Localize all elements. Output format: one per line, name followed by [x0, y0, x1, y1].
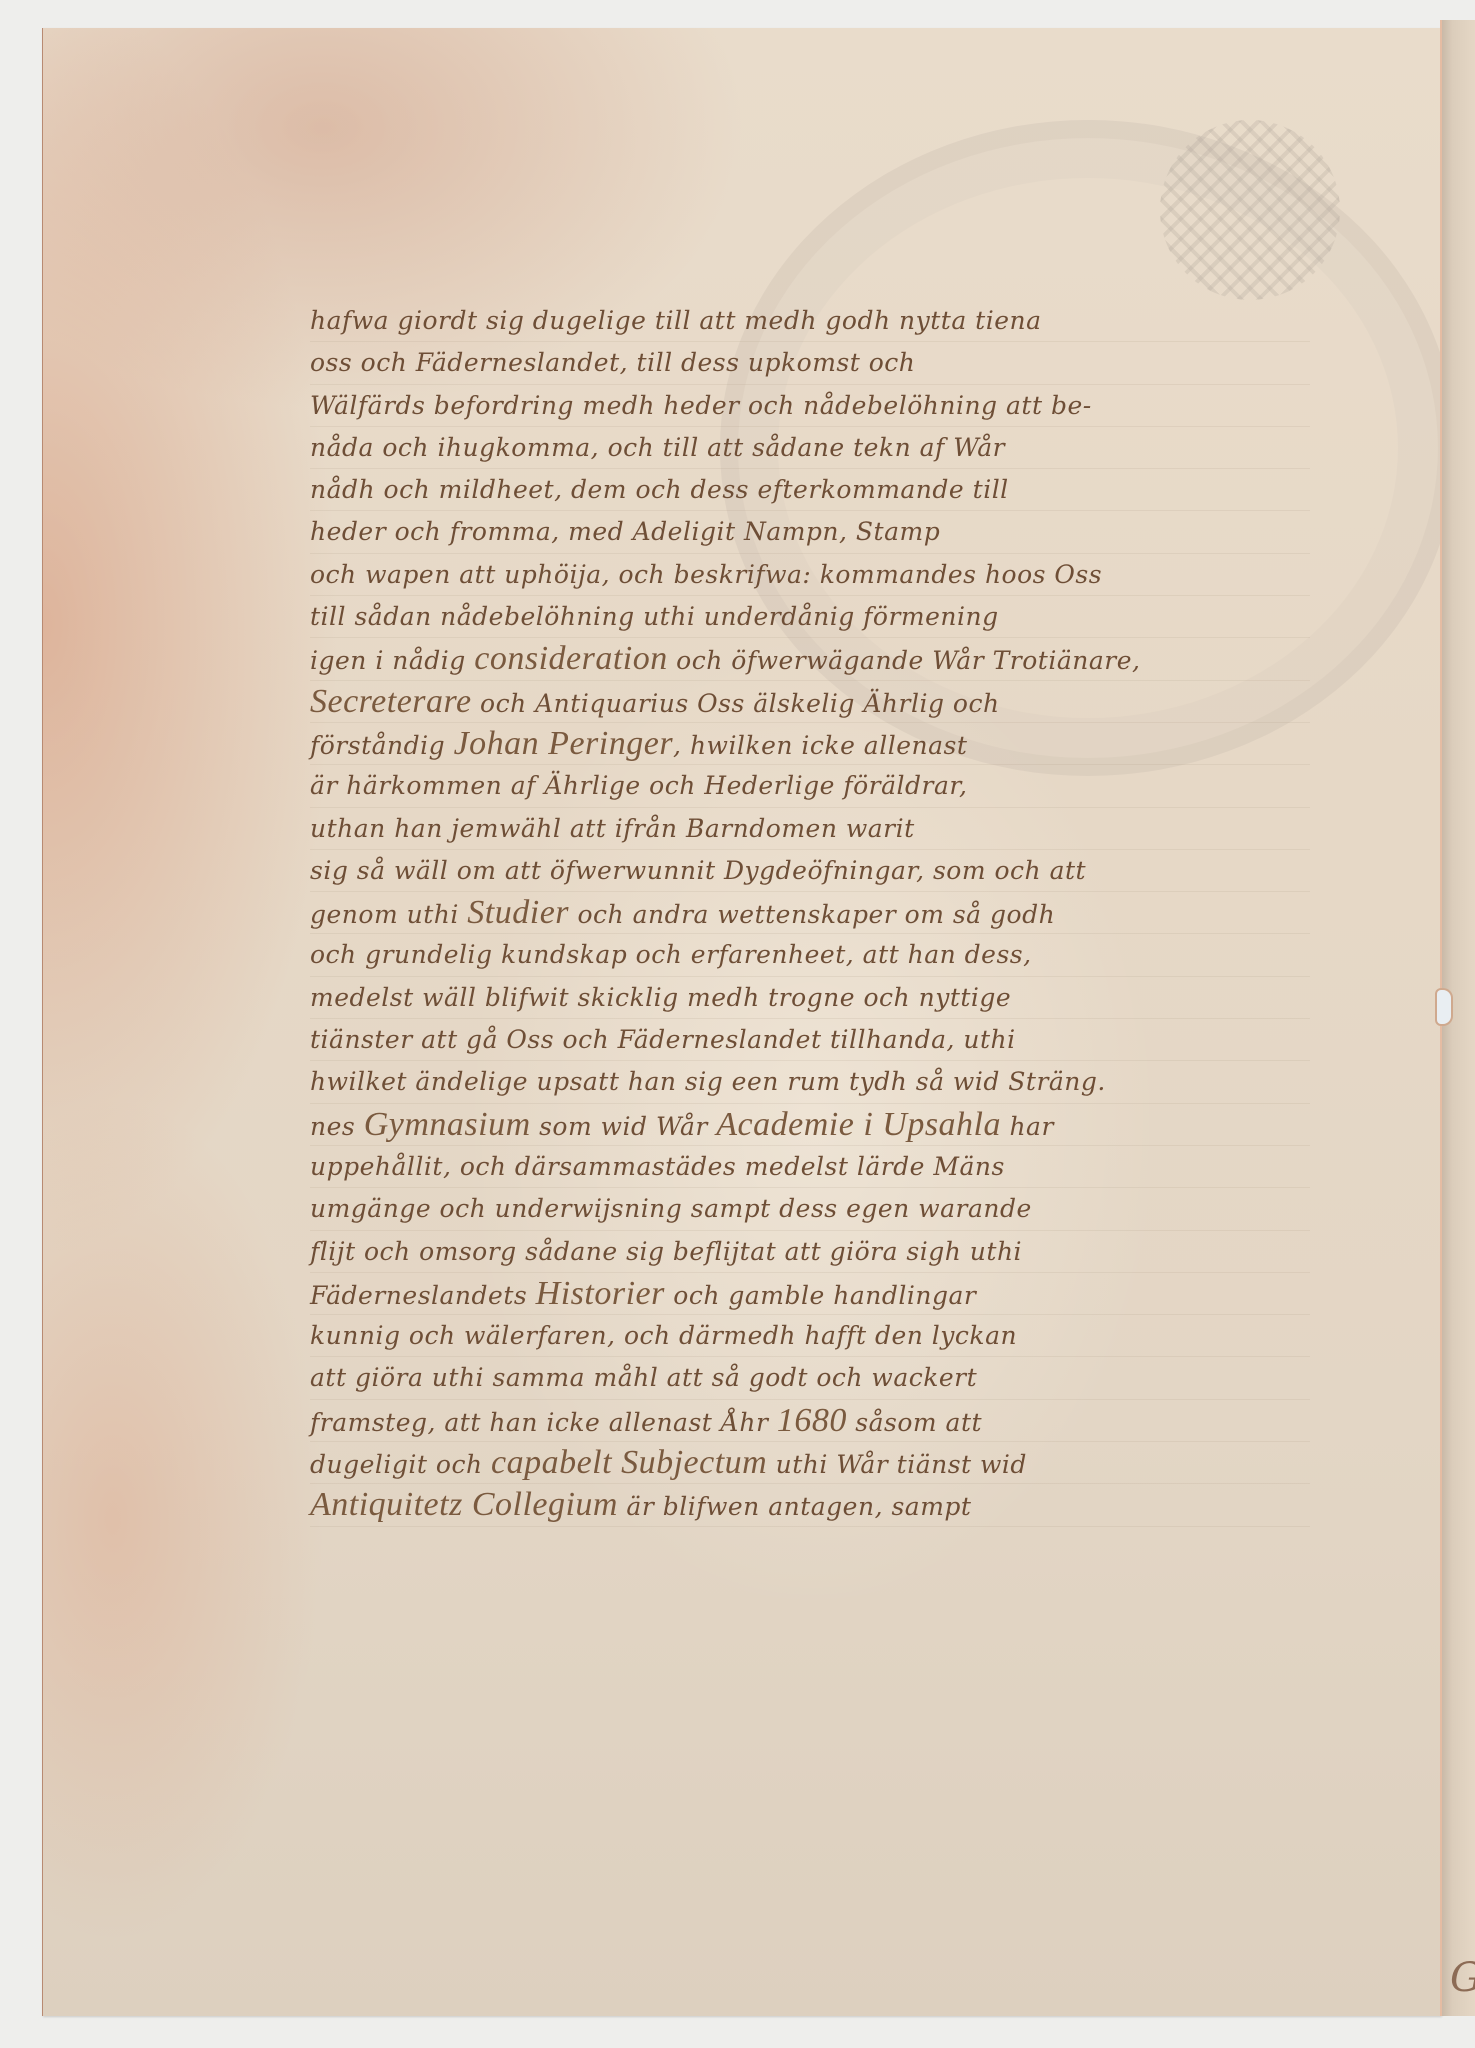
line-text: hafwa giordt sig dugelige till att medh …	[310, 306, 1042, 335]
line-text: flijt och omsorg sådane sig beflijtat at…	[310, 1237, 1022, 1266]
manuscript-line: sig så wäll om att öfwerwunnit Dygdeöfni…	[310, 850, 1310, 892]
watermark-knotwork	[1160, 120, 1340, 300]
line-text: nådh och mildheet, dem och dess efterkom…	[310, 475, 1009, 504]
manuscript-line: uppehållit, och därsammastädes medelst l…	[310, 1146, 1310, 1188]
manuscript-line: hwilket ändelige upsatt han sig een rum …	[310, 1061, 1310, 1103]
line-text: nes	[310, 1112, 364, 1141]
line-text: och grundelig kundskap och erfarenheet, …	[310, 940, 1032, 969]
line-text: såsom att	[847, 1408, 982, 1437]
line-text: Fäderneslandets	[310, 1281, 536, 1310]
line-text: att giöra uthi samma måhl att så godt oc…	[310, 1363, 977, 1392]
manuscript-line: Fäderneslandets Historier och gamble han…	[310, 1273, 1310, 1315]
manuscript-line: nåda och ihugkomma, och till att sådane …	[310, 427, 1310, 469]
emphasized-word: Johan Peringer	[454, 725, 673, 762]
emphasized-word: Studier	[467, 894, 569, 931]
line-text: är blifwen antagen, sampt	[618, 1492, 971, 1521]
manuscript-line: umgänge och underwijsning sampt dess ege…	[310, 1188, 1310, 1230]
manuscript-line: genom uthi Studier och andra wettenskape…	[310, 892, 1310, 934]
line-text: och öfwerwägande Wår Trotiänare,	[668, 646, 1141, 675]
manuscript-line: heder och fromma, med Adeligit Nampn, St…	[310, 511, 1310, 553]
line-text: oss och Fäderneslandet, till dess upkoms…	[310, 348, 915, 377]
emphasized-word: Secreterare	[310, 683, 472, 720]
emphasized-word: capabelt Subjectum	[491, 1444, 767, 1481]
line-text: sig så wäll om att öfwerwunnit Dygdeöfni…	[310, 856, 1086, 885]
line-text: och andra wettenskaper om så godh	[569, 900, 1055, 929]
manuscript-line: hafwa giordt sig dugelige till att medh …	[310, 300, 1310, 342]
line-text: uppehållit, och därsammastädes medelst l…	[310, 1152, 1005, 1181]
line-text: kunnig och wälerfaren, och därmedh hafft…	[310, 1321, 1017, 1350]
line-text: heder och fromma, med Adeligit Nampn, St…	[310, 517, 940, 546]
manuscript-line: och grundelig kundskap och erfarenheet, …	[310, 934, 1310, 976]
line-text: umgänge och underwijsning sampt dess ege…	[310, 1194, 1032, 1223]
emphasized-word: consideration	[474, 640, 667, 677]
manuscript-line: oss och Fäderneslandet, till dess upkoms…	[310, 342, 1310, 384]
line-text: uthi Wår tiänst wid	[767, 1450, 1027, 1479]
emphasized-word: Academie i Upsahla	[716, 1106, 1001, 1143]
line-text: tiänster att gå Oss och Fäderneslandet t…	[310, 1025, 1016, 1054]
binding-tear	[1437, 990, 1451, 1024]
emphasized-word: Gymnasium	[364, 1106, 531, 1143]
manuscript-line: framsteg, att han icke allenast Åhr 1680…	[310, 1400, 1310, 1442]
manuscript-line: nådh och mildheet, dem och dess efterkom…	[310, 469, 1310, 511]
handwritten-text-block: hafwa giordt sig dugelige till att medh …	[310, 300, 1310, 1527]
line-text: och wapen att uphöija, och beskrifwa: ko…	[310, 560, 1102, 589]
manuscript-line: igen i nådig consideration och öfwerwäga…	[310, 638, 1310, 680]
manuscript-line: medelst wäll blifwit skicklig medh trogn…	[310, 977, 1310, 1019]
line-text: genom uthi	[310, 900, 467, 929]
line-text: uthan han jemwähl att ifrån Barndomen wa…	[310, 814, 915, 843]
emphasized-word: Historier	[536, 1275, 665, 1312]
line-text: har	[1001, 1112, 1054, 1141]
manuscript-line: är härkommen af Ährlige och Hederlige fö…	[310, 765, 1310, 807]
manuscript-line: att giöra uthi samma måhl att så godt oc…	[310, 1357, 1310, 1399]
manuscript-line: nes Gymnasium som wid Wår Academie i Ups…	[310, 1104, 1310, 1146]
line-text: förståndig	[310, 731, 454, 760]
emphasized-word: Antiquitetz Collegium	[310, 1486, 618, 1523]
line-text: Wälfärds befordring medh heder och nådeb…	[310, 391, 1092, 420]
emphasized-word: 1680	[777, 1402, 847, 1439]
manuscript-line: flijt och omsorg sådane sig beflijtat at…	[310, 1231, 1310, 1273]
line-text: dugeligit och	[310, 1450, 491, 1479]
manuscript-line: dugeligit och capabelt Subjectum uthi Wå…	[310, 1442, 1310, 1484]
manuscript-line: Wälfärds befordring medh heder och nådeb…	[310, 385, 1310, 427]
line-text: igen i nådig	[310, 646, 474, 675]
line-text: framsteg, att han icke allenast Åhr	[310, 1408, 777, 1437]
line-text: hwilket ändelige upsatt han sig een rum …	[310, 1067, 1106, 1096]
line-text: och Antiquarius Oss älskelig Ährlig och	[472, 689, 1000, 718]
next-page-initial: G	[1450, 1955, 1475, 2001]
manuscript-line: och wapen att uphöija, och beskrifwa: ko…	[310, 554, 1310, 596]
line-text: är härkommen af Ährlige och Hederlige fö…	[310, 771, 968, 800]
manuscript-line: uthan han jemwähl att ifrån Barndomen wa…	[310, 808, 1310, 850]
manuscript-line: tiänster att gå Oss och Fäderneslandet t…	[310, 1019, 1310, 1061]
line-text: till sådan nådebelöhning uthi underdånig…	[310, 602, 999, 631]
line-text: nåda och ihugkomma, och till att sådane …	[310, 433, 1005, 462]
manuscript-line: till sådan nådebelöhning uthi underdånig…	[310, 596, 1310, 638]
line-text: , hwilken icke allenast	[673, 731, 967, 760]
line-text: och gamble handlingar	[665, 1281, 976, 1310]
line-text: medelst wäll blifwit skicklig medh trogn…	[310, 983, 1011, 1012]
manuscript-line: kunnig och wälerfaren, och därmedh hafft…	[310, 1315, 1310, 1357]
manuscript-line: förståndig Johan Peringer, hwilken icke …	[310, 723, 1310, 765]
manuscript-line: Secreterare och Antiquarius Oss älskelig…	[310, 681, 1310, 723]
manuscript-line: Antiquitetz Collegium är blifwen antagen…	[310, 1484, 1310, 1526]
line-text: som wid Wår	[531, 1112, 717, 1141]
